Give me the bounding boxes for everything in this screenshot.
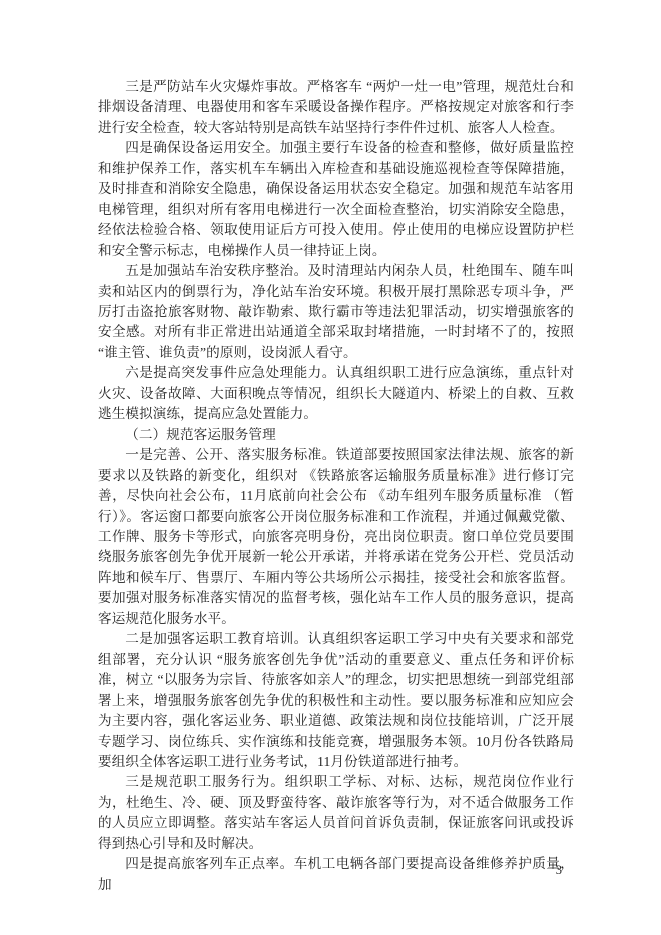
document-page: 三是严防站车火灾爆炸事故。严格客车 “两炉一灶一电”管理，规范灶台和排烟设备清理… [0,0,661,935]
paragraph-staff-training: 二是加强客运职工教育培训。认真组织客运职工学习中央有关要求和部党组部署，充分认识… [98,629,574,772]
paragraph-punctuality: 四是提高旅客列车正点率。车机工电辆各部门要提高设备维修养护质量，加 [98,854,574,895]
paragraph-safety-fire: 三是严防站车火灾爆炸事故。严格客车 “两炉一灶一电”管理，规范灶台和排烟设备清理… [98,77,574,138]
document-body: 三是严防站车火灾爆炸事故。严格客车 “两炉一灶一电”管理，规范灶台和排烟设备清理… [98,77,574,895]
paragraph-public-order: 五是加强站车治安秩序整治。及时清理站内闲杂人员，杜绝围车、随车叫卖和站区内的倒票… [98,261,574,363]
paragraph-service-behavior: 三是规范职工服务行为。组织职工学标、对标、达标，规范岗位作业行为，杜绝生、冷、硬… [98,772,574,854]
paragraph-equipment-safety: 四是确保设备运用安全。加强主要行车设备的检查和整修，做好质量监控和维护保养工作，… [98,138,574,261]
paragraph-emergency-response: 六是提高突发事件应急处理能力。认真组织职工进行应急演练，重点针对火灾、设备故障、… [98,363,574,424]
section-heading-service-management: （二）规范客运服务管理 [98,425,574,445]
page-number: 3 [556,863,562,878]
paragraph-service-standards: 一是完善、公开、落实服务标准。铁道部要按照国家法律法规、旅客的新要求以及铁路的新… [98,445,574,629]
